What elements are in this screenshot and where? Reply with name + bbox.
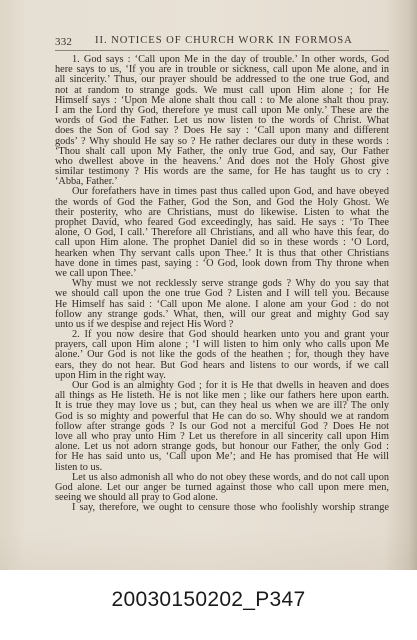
text-line: we should call upon the one true God ? L… (55, 289, 389, 299)
page-number: 332 (55, 36, 72, 48)
text-line: I say, therefore, we ought to censure th… (55, 503, 389, 513)
header-rule (55, 50, 389, 51)
image-identifier-caption: 20030150202_P347 (0, 588, 417, 612)
scanned-book-page: 332 II. NOTICES OF CHURCH WORK IN FORMOS… (0, 0, 417, 570)
text-line: does the Son of God say ? Does He say : … (55, 126, 389, 136)
text-line: for He has said unto us, ‘Call upon Me’;… (55, 452, 389, 462)
body-text: 1. God says : ‘Call upon Me in the day o… (55, 55, 389, 513)
running-head: 332 II. NOTICES OF CHURCH WORK IN FORMOS… (55, 35, 389, 49)
chapter-heading: II. NOTICES OF CHURCH WORK IN FORMOSA (95, 35, 353, 46)
